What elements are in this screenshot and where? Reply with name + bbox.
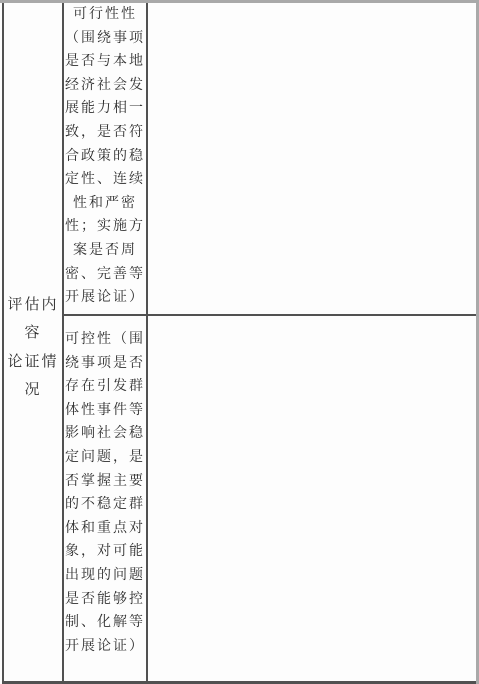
row-header-cell-evaluation-content: 评估内 容 论证情 况 <box>4 0 64 681</box>
page-edge-top <box>0 0 479 3</box>
criterion-cell-feasibility: 可行性性 （围绕事项 是否与本地 经济社会发 展能力相一 致，是否符 合政策的稳… <box>64 0 148 316</box>
response-cell-controllability <box>148 316 476 681</box>
document-page: 评估内 容 论证情 况 可行性性 （围绕事项 是否与本地 经济社会发 展能力相一… <box>0 0 479 684</box>
criterion-cell-controllability: 可控性（围 绕事项是否 存在引发群 体性事件等 影响社会稳 定问题，是 否掌握主… <box>64 316 148 681</box>
response-cell-feasibility <box>148 0 476 316</box>
row-header-text: 评估内 容 论证情 况 <box>7 277 58 405</box>
evaluation-table: 评估内 容 论证情 况 可行性性 （围绕事项 是否与本地 经济社会发 展能力相一… <box>2 0 476 684</box>
criterion-text-feasibility: 可行性性 （围绕事项 是否与本地 经济社会发 展能力相一 致，是否符 合政策的稳… <box>64 0 146 310</box>
criterion-text-controllability: 可控性（围 绕事项是否 存在引发群 体性事件等 影响社会稳 定问题，是 否掌握主… <box>64 316 146 658</box>
